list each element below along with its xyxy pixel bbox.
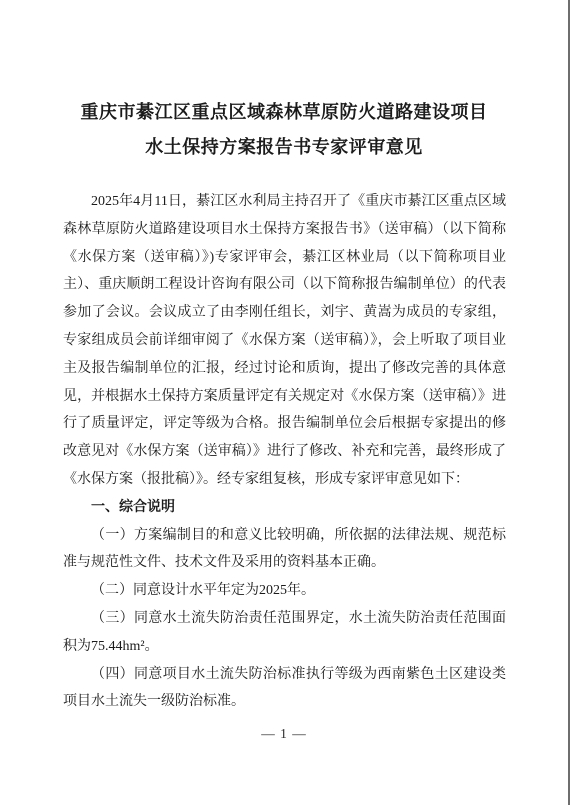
title-line-2: 水土保持方案报告书专家评审意见 (0, 130, 568, 165)
document-body: 2025年4月11日，綦江区水利局主持召开了《重庆市綦江区重点区域森林草原防火道… (63, 188, 506, 716)
review-item-4: （四）同意项目水土流失防治标准执行等级为西南紫色土区建设类项目水土流失一级防治标… (63, 661, 506, 717)
review-item-2: （二）同意设计水平年定为2025年。 (63, 577, 506, 605)
document-page: 重庆市綦江区重点区域森林草原防火道路建设项目 水土保持方案报告书专家评审意见 2… (0, 0, 570, 805)
review-item-1: （一）方案编制目的和意义比较明确，所依据的法律法规、规范标准与规范性文件、技术文… (63, 522, 506, 578)
page-number: — 1 — (0, 726, 568, 742)
document-title: 重庆市綦江区重点区域森林草原防火道路建设项目 水土保持方案报告书专家评审意见 (0, 95, 568, 165)
section-heading-general-remarks: 一、综合说明 (63, 494, 506, 522)
review-item-3: （三）同意水土流失防治责任范围界定，水土流失防治责任范围面积为75.44hm²。 (63, 605, 506, 661)
intro-paragraph: 2025年4月11日，綦江区水利局主持召开了《重庆市綦江区重点区域森林草原防火道… (63, 188, 506, 494)
title-line-1: 重庆市綦江区重点区域森林草原防火道路建设项目 (0, 95, 568, 130)
